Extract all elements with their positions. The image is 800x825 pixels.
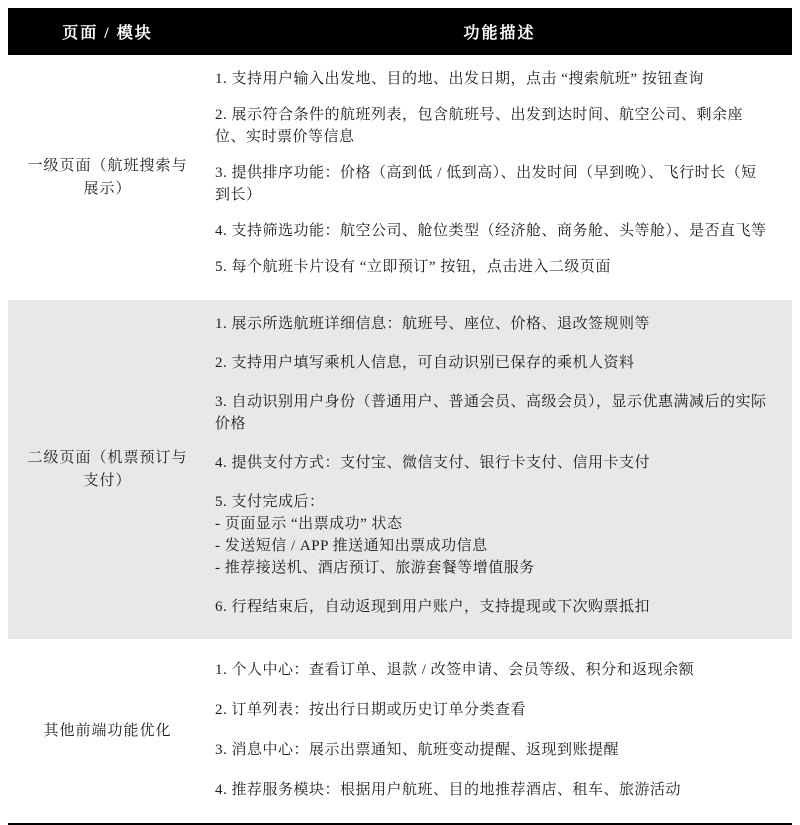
feature-item: 3. 消息中心：展示出票通知、航班变动提醒、返现到账提醒 xyxy=(215,739,770,761)
feature-item: 1. 个人中心：查看订单、退款 / 改签申请、会员等级、积分和返现余额 xyxy=(215,659,770,681)
feature-item: 3. 自动识别用户身份（普通用户、普通会员、高级会员），显示优惠满减后的实际价格 xyxy=(215,391,770,435)
feature-item: 4. 支持筛选功能：航空公司、舱位类型（经济舱、商务舱、头等舱）、是否直飞等 xyxy=(215,220,770,242)
feature-item: 5. 支付完成后： - 页面显示 “出票成功” 状态 - 发送短信 / APP … xyxy=(215,491,770,579)
module-cell: 一级页面（航班搜索与展示） xyxy=(8,55,207,300)
feature-item: 4. 推荐服务模块：根据用户航班、目的地推荐酒店、租车、旅游活动 xyxy=(215,779,770,801)
header-description-column: 功能描述 xyxy=(207,20,792,43)
feature-item: 2. 展示符合条件的航班列表，包含航班号、出发到达时间、航空公司、剩余座位、实时… xyxy=(215,104,770,148)
feature-item: 4. 提供支付方式：支付宝、微信支付、银行卡支付、信用卡支付 xyxy=(215,452,770,474)
feature-item: 2. 支持用户填写乘机人信息，可自动识别已保存的乘机人资料 xyxy=(215,352,770,374)
table-header: 页面 / 模块 功能描述 xyxy=(8,8,792,55)
module-cell: 其他前端功能优化 xyxy=(8,639,207,823)
module-cell: 二级页面（机票预订与支付） xyxy=(8,300,207,639)
description-cell: 1. 个人中心：查看订单、退款 / 改签申请、会员等级、积分和返现余额 2. 订… xyxy=(207,639,792,823)
feature-item: 6. 行程结束后，自动返现到用户账户，支持提现或下次购票抵扣 xyxy=(215,596,770,618)
feature-item: 3. 提供排序功能：价格（高到低 / 低到高）、出发时间（早到晚）、飞行时长（短… xyxy=(215,162,770,206)
description-cell: 1. 展示所选航班详细信息：航班号、座位、价格、退改签规则等 2. 支持用户填写… xyxy=(207,300,792,639)
table-row-other-frontend: 其他前端功能优化 1. 个人中心：查看订单、退款 / 改签申请、会员等级、积分和… xyxy=(8,639,792,823)
table-row-level2-page: 二级页面（机票预订与支付） 1. 展示所选航班详细信息：航班号、座位、价格、退改… xyxy=(8,300,792,639)
feature-item: 5. 每个航班卡片设有 “立即预订” 按钮，点击进入二级页面 xyxy=(215,256,770,278)
feature-item: 1. 展示所选航班详细信息：航班号、座位、价格、退改签规则等 xyxy=(215,313,770,335)
table-row-level1-page: 一级页面（航班搜索与展示） 1. 支持用户输入出发地、目的地、出发日期，点击 “… xyxy=(8,55,792,300)
description-cell: 1. 支持用户输入出发地、目的地、出发日期，点击 “搜索航班” 按钮查询 2. … xyxy=(207,55,792,300)
feature-item: 2. 订单列表：按出行日期或历史订单分类查看 xyxy=(215,699,770,721)
header-module-column: 页面 / 模块 xyxy=(8,20,207,43)
feature-table: 页面 / 模块 功能描述 一级页面（航班搜索与展示） 1. 支持用户输入出发地、… xyxy=(8,8,792,825)
feature-item: 1. 支持用户输入出发地、目的地、出发日期，点击 “搜索航班” 按钮查询 xyxy=(215,68,770,90)
